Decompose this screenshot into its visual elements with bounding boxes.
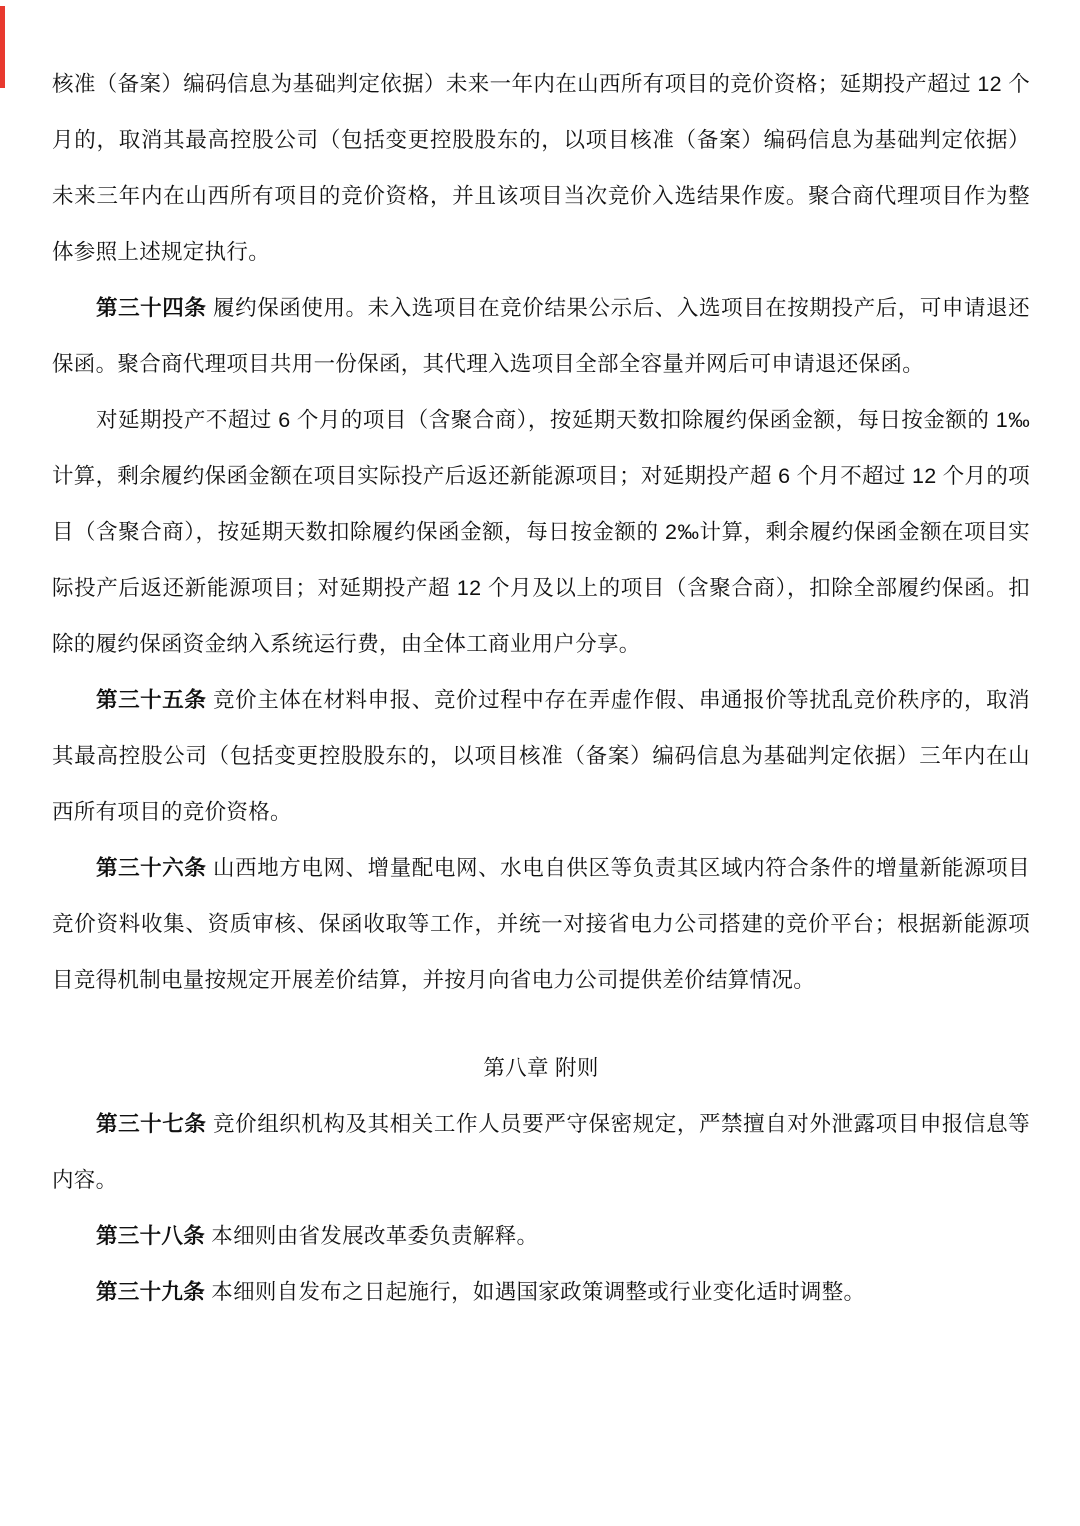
article-39-text: 本细则自发布之日起施行，如遇国家政策调整或行业变化适时调整。 — [211, 1280, 865, 1304]
article-38: 第三十八条本细则由省发展改革委负责解释。 — [52, 1208, 1030, 1264]
article-36: 第三十六条山西地方电网、增量配电网、水电自供区等负责其区域内符合条件的增量新能源… — [52, 840, 1030, 1008]
document-page: 核准（备案）编码信息为基础判定依据）未来一年内在山西所有项目的竞价资格；延期投产… — [0, 0, 1080, 1526]
article-34: 第三十四条履约保函使用。未入选项目在竞价结果公示后、入选项目在按期投产后，可申请… — [52, 280, 1030, 392]
paragraph-bond-deduction-text: 对延期投产不超过 6 个月的项目（含聚合商），按延期天数扣除履约保函金额，每日按… — [52, 408, 1030, 656]
paragraph-continuation: 核准（备案）编码信息为基础判定依据）未来一年内在山西所有项目的竞价资格；延期投产… — [52, 56, 1030, 280]
article-38-label: 第三十八条 — [96, 1224, 211, 1248]
article-37: 第三十七条竞价组织机构及其相关工作人员要严守保密规定，严禁擅自对外泄露项目申报信… — [52, 1096, 1030, 1208]
chapter-heading: 第八章 附则 — [52, 1040, 1030, 1096]
article-39: 第三十九条本细则自发布之日起施行，如遇国家政策调整或行业变化适时调整。 — [52, 1264, 1030, 1320]
article-35-label: 第三十五条 — [96, 688, 213, 712]
article-35: 第三十五条竞价主体在材料申报、竞价过程中存在弄虚作假、串通报价等扰乱竞价秩序的，… — [52, 672, 1030, 840]
article-36-label: 第三十六条 — [96, 856, 213, 880]
article-34-label: 第三十四条 — [96, 296, 213, 320]
chapter-heading-text: 第八章 附则 — [483, 1056, 598, 1080]
paragraph-bond-deduction: 对延期投产不超过 6 个月的项目（含聚合商），按延期天数扣除履约保函金额，每日按… — [52, 392, 1030, 672]
document-body: 核准（备案）编码信息为基础判定依据）未来一年内在山西所有项目的竞价资格；延期投产… — [52, 56, 1030, 1320]
article-37-label: 第三十七条 — [96, 1112, 213, 1136]
article-38-text: 本细则由省发展改革委负责解释。 — [211, 1224, 538, 1248]
article-39-label: 第三十九条 — [96, 1280, 211, 1304]
paragraph-continuation-text: 核准（备案）编码信息为基础判定依据）未来一年内在山西所有项目的竞价资格；延期投产… — [52, 72, 1030, 264]
